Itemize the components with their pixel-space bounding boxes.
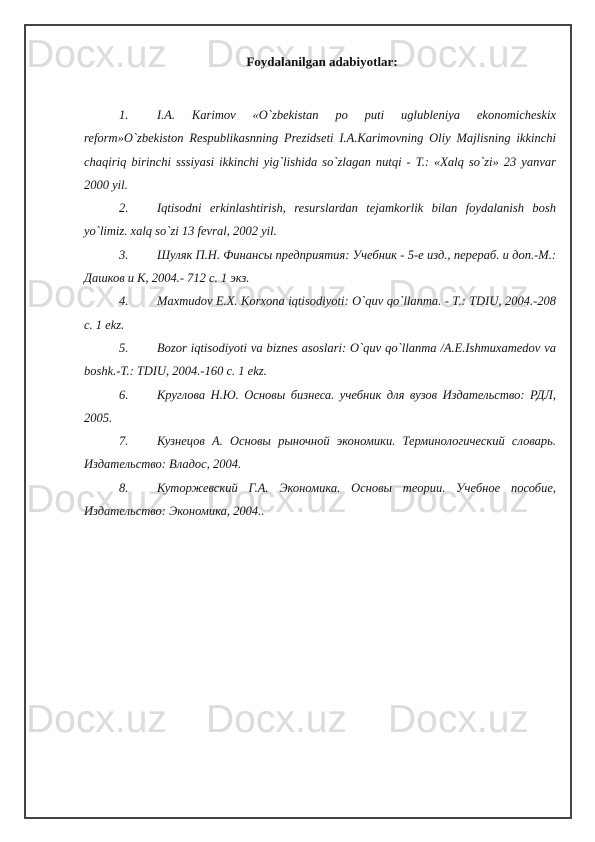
reference-number: 8.: [119, 477, 157, 500]
reference-item: 6.Круглова Н.Ю. Основы бизнеса. учебник …: [84, 384, 556, 431]
document-body: Foydalanilgan adabiyotlar: 1.I.A. Karimo…: [84, 52, 556, 523]
reference-item: 1.I.A. Karimov «O`zbekistan po puti uglu…: [84, 104, 556, 197]
reference-number: 3.: [119, 244, 157, 267]
reference-item: 8.Куторжевский Г.А. Экономика. Основы те…: [84, 477, 556, 524]
reference-list: 1.I.A. Karimov «O`zbekistan po puti uglu…: [84, 104, 556, 523]
reference-item: 2.Iqtisodni erkinlashtirish, resurslarda…: [84, 197, 556, 244]
reference-number: 1.: [119, 104, 157, 127]
reference-item: 5.Bozor iqtisodiyoti va biznes asoslari:…: [84, 337, 556, 384]
reference-item: 4.Maxmudov E.X. Korxona iqtisodiyoti: O`…: [84, 290, 556, 337]
reference-item: 7.Кузнецов А. Основы рыночной экономики.…: [84, 430, 556, 477]
reference-number: 2.: [119, 197, 157, 220]
reference-number: 7.: [119, 430, 157, 453]
reference-number: 5.: [119, 337, 157, 360]
reference-item: 3.Шуляк П.Н. Финансы предприятия: Учебни…: [84, 244, 556, 291]
reference-number: 4.: [119, 290, 157, 313]
reference-number: 6.: [119, 384, 157, 407]
bibliography-title: Foydalanilgan adabiyotlar:: [84, 52, 556, 72]
